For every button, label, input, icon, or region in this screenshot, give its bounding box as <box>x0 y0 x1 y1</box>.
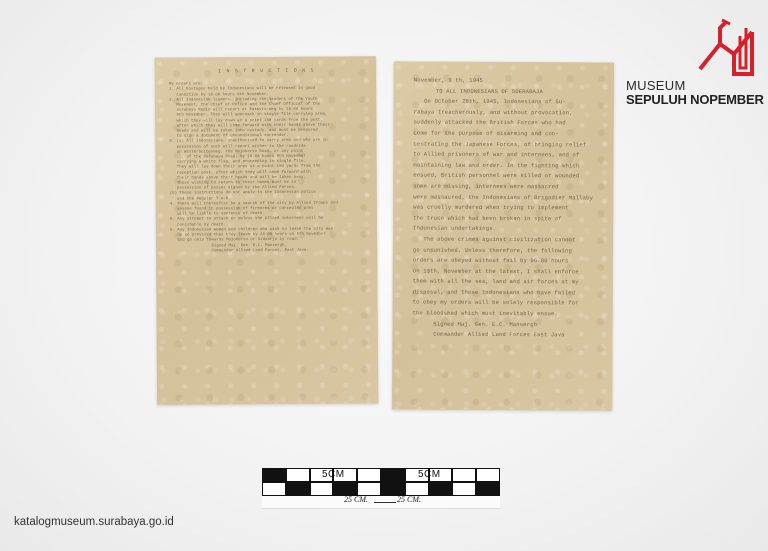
scale-bar: 5CM 5CM 25 CM. 25 CM. <box>262 468 500 514</box>
document-proclamation: November, 9 th, 1945 TO ALL INDONESIANS … <box>392 61 614 410</box>
scale-handwritten-right: 25 CM. <box>397 495 421 504</box>
logo-text-museum: MUSEUM <box>626 78 686 93</box>
doc-line: Commander Allied Land Forces East Java <box>412 330 602 342</box>
scale-handwritten-dash <box>374 502 396 503</box>
scale-bar-bottom-row <box>262 482 500 496</box>
document-proclamation-text: November, 9 th, 1945 TO ALL INDONESIANS … <box>412 76 603 342</box>
doc-line: Commander Allied Land Forces, East Java. <box>170 248 365 255</box>
document-instructions: I N S T R U C T I O N S My orders are: 1… <box>155 56 378 405</box>
scale-label-left: 5CM <box>322 469 345 480</box>
catalog-url: katalogmuseum.surabaya.go.id <box>14 516 174 528</box>
scale-label-right: 5CM <box>418 469 441 480</box>
scale-bar-top-row <box>262 468 500 482</box>
scale-handwritten-left: 25 CM. <box>344 495 368 504</box>
document-instructions-text: I N S T R U C T I O N S My orders are: 1… <box>169 68 365 254</box>
museum-logo-icon <box>682 14 762 84</box>
logo-text-sepuluh-nopember: SEPULUH NOPEMBER <box>626 92 764 107</box>
museum-logo: MUSEUM SEPULUH NOPEMBER <box>612 14 762 104</box>
document-title: I N S T R U C T I O N S <box>169 68 364 75</box>
